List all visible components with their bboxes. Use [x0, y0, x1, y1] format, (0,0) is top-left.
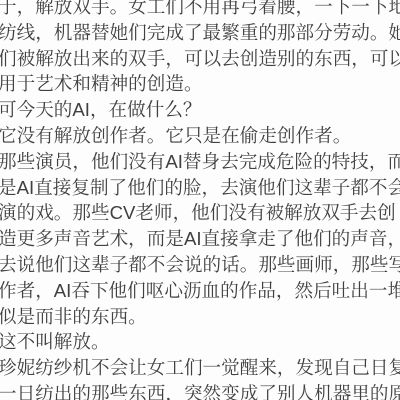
text-line: 似是而非的东西。	[0, 304, 400, 330]
text-line: 可今天的AI，在做什么？	[0, 97, 400, 123]
text-line: 珍妮纺纱机不会让女工们一觉醒来，发现自己日复	[0, 355, 400, 381]
article-text-block: 于，解放双手。女工们不用再弓着腰，一下一下地纺线，机器替她们完成了最繁重的那部分…	[0, 0, 400, 400]
text-line: 纺线，机器替她们完成了最繁重的那部分劳动。她	[0, 20, 400, 46]
text-line: 它没有解放创作者。它只是在偷走创作者。	[0, 123, 400, 149]
text-line: 用于艺术和精神的创造。	[0, 71, 400, 97]
text-line: 作者，AI吞下他们呕心沥血的作品，然后吐出一堆	[0, 278, 400, 304]
text-line: 演的戏。那些CV老师，他们没有被解放双手去创	[0, 200, 400, 226]
text-line: 去说他们这辈子都不会说的话。那些画师，那些写	[0, 252, 400, 278]
text-line: 是AI直接复制了他们的脸，去演他们这辈子都不会	[0, 175, 400, 201]
text-line: 一日纺出的那些东西，突然变成了别人机器里的原	[0, 381, 400, 400]
text-line: 那些演员，他们没有AI替身去完成危险的特技，而	[0, 149, 400, 175]
text-line: 这不叫解放。	[0, 329, 400, 355]
text-line: 造更多声音艺术，而是AI直接拿走了他们的声音，	[0, 226, 400, 252]
text-line: 们被解放出来的双手，可以去创造别的东西，可以	[0, 46, 400, 72]
text-line: 于，解放双手。女工们不用再弓着腰，一下一下地	[0, 0, 400, 20]
article-viewport: 于，解放双手。女工们不用再弓着腰，一下一下地纺线，机器替她们完成了最繁重的那部分…	[0, 0, 400, 400]
